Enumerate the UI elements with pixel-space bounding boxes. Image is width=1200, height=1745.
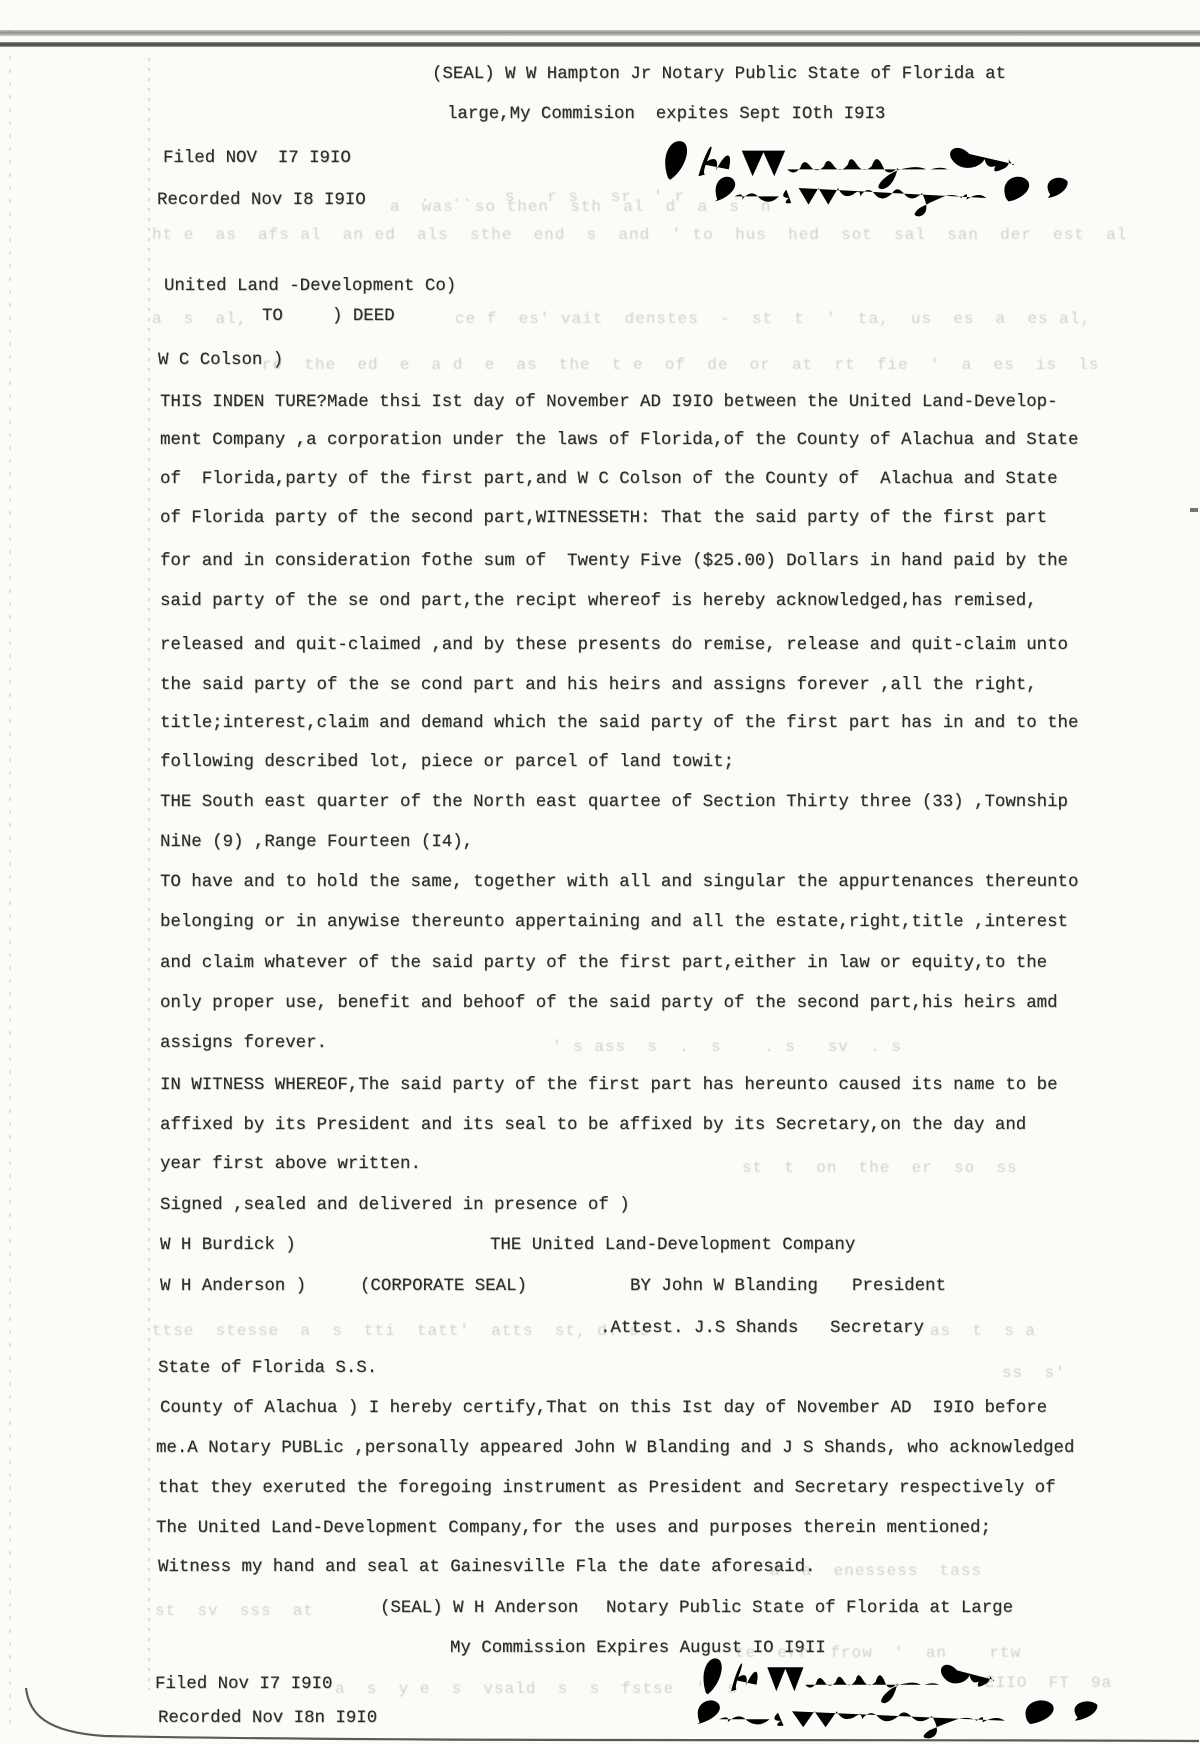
typed-line: (SEAL) W W Hampton Jr Notary Public Stat… — [432, 64, 1006, 86]
typed-line: The United Land-Development Company,for … — [156, 1518, 991, 1540]
typed-line: Notary Public State of Florida at Large — [606, 1598, 1013, 1620]
typed-line: IN WITNESS WHEREOF,The said party of the… — [160, 1075, 1058, 1097]
typed-line: .Attest. J.S Shands — [600, 1318, 798, 1340]
deed-page: (SEAL) W W Hampton Jr Notary Public Stat… — [0, 0, 1200, 1745]
typed-line: President — [852, 1276, 946, 1298]
typed-line: title;interest,claim and demand which th… — [160, 713, 1078, 735]
ghost-bleedthrough-line: st sv sss at — [155, 1600, 314, 1622]
typed-line: TO have and to hold the same, together w… — [160, 872, 1078, 894]
ghost-bleedthrough-line: a s al, — [152, 308, 247, 330]
typed-line: following described lot, piece or parcel… — [160, 752, 734, 774]
typed-line: Filed NOV I7 I9IO — [163, 148, 351, 170]
typed-line: W H Burdick ) — [160, 1235, 296, 1257]
typed-line: said party of the se ond part,the recipt… — [160, 591, 1037, 613]
typed-line: me.A Notary PUBLic ,personally appeared … — [156, 1438, 1074, 1460]
typed-line: Signed ,sealed and delivered in presence… — [160, 1195, 630, 1217]
typed-line: THE South east quarter of the North east… — [160, 792, 1068, 814]
ghost-bleedthrough-line: ht e as afs al an ed als sthe end s and … — [152, 224, 1127, 246]
typed-line: released and quit-claimed ,and by these … — [160, 635, 1068, 657]
right-edge-mark — [1190, 508, 1198, 512]
ghost-bleedthrough-line: ss s' — [1002, 1362, 1066, 1384]
typed-line: of Florida party of the second part,WITN… — [160, 508, 1047, 530]
ghost-bleedthrough-line: as t s a — [930, 1320, 1036, 1342]
typed-line: State of Florida S.S. — [158, 1358, 377, 1380]
typed-line: ) DEED — [332, 306, 395, 328]
typed-line: year first above written. — [160, 1154, 421, 1176]
typed-line: THE United Land-Development Company — [490, 1235, 855, 1257]
typed-line: THIS INDEN TURE?Made thsi Ist day of Nov… — [160, 392, 1058, 414]
typed-line: County of Alachua ) I hereby certify,Tha… — [160, 1398, 1047, 1420]
left-margin-line — [148, 58, 150, 1690]
typed-line: ment Company ,a corporation under the la… — [160, 430, 1078, 452]
typed-line: for and in consideration fothe sum of Tw… — [160, 551, 1068, 573]
ghost-bleedthrough-line: ' s ass s . s . s sv . s — [552, 1036, 902, 1058]
ghost-bleedthrough-line: ttse stesse a s tti tatt' atts st, d. ss — [152, 1320, 650, 1342]
typed-line: BY John W Blanding — [630, 1276, 818, 1298]
ghost-bleedthrough-line: . .. s r s sr ' r — [420, 186, 685, 208]
typed-line: and claim whatever of the said party of … — [160, 953, 1047, 975]
typed-line: NiNe (9) ,Range Fourteen (I4), — [160, 832, 473, 854]
deputy-signature-top-line2: Per EWimberly D.C — [700, 168, 1070, 218]
typed-line: TO — [262, 306, 283, 328]
typed-line: belonging or in anywise thereunto appert… — [160, 912, 1068, 934]
top-rule-light — [0, 30, 1200, 36]
deputy-signature-stroke — [715, 177, 1068, 217]
typed-line: Witness my hand and seal at Gainesville … — [158, 1557, 815, 1579]
typed-line: only proper use, benefit and behoof of t… — [160, 993, 1058, 1015]
ghost-bleedthrough-line: a a enessess tass — [770, 1560, 982, 1582]
typed-line: that they exeruted the foregoing instrum… — [158, 1478, 1056, 1500]
ghost-bleedthrough-line: re the ed e a d e as the t e of de or at… — [262, 354, 1100, 376]
scan-edge-curve — [0, 1682, 1200, 1745]
typed-line: the said party of the se cond part and h… — [160, 675, 1037, 697]
left-edge-line — [9, 30, 11, 1725]
typed-line: Secretary — [830, 1318, 924, 1340]
ghost-bleedthrough-line: ce f es' vait denstes - st t ' ta, us es… — [455, 308, 1091, 330]
typed-line: W H Anderson ) — [160, 1276, 306, 1298]
typed-line: large,My Commision expites Sept IOth I9I… — [447, 104, 885, 126]
typed-line: assigns forever. — [160, 1033, 327, 1055]
typed-line: (SEAL) W H Anderson — [380, 1598, 578, 1620]
typed-line: Recorded Nov I8 I9IO — [157, 190, 366, 212]
top-rule-dark — [0, 42, 1200, 47]
typed-line: (CORPORATE SEAL) — [360, 1276, 527, 1298]
ghost-bleedthrough-line: st t on the er so ss — [742, 1157, 1018, 1179]
typed-line: affixed by its President and its seal to… — [160, 1115, 1026, 1137]
typed-line: United Land -Development Co) — [164, 276, 456, 298]
typed-line: of Florida,party of the first part,and W… — [160, 469, 1058, 491]
